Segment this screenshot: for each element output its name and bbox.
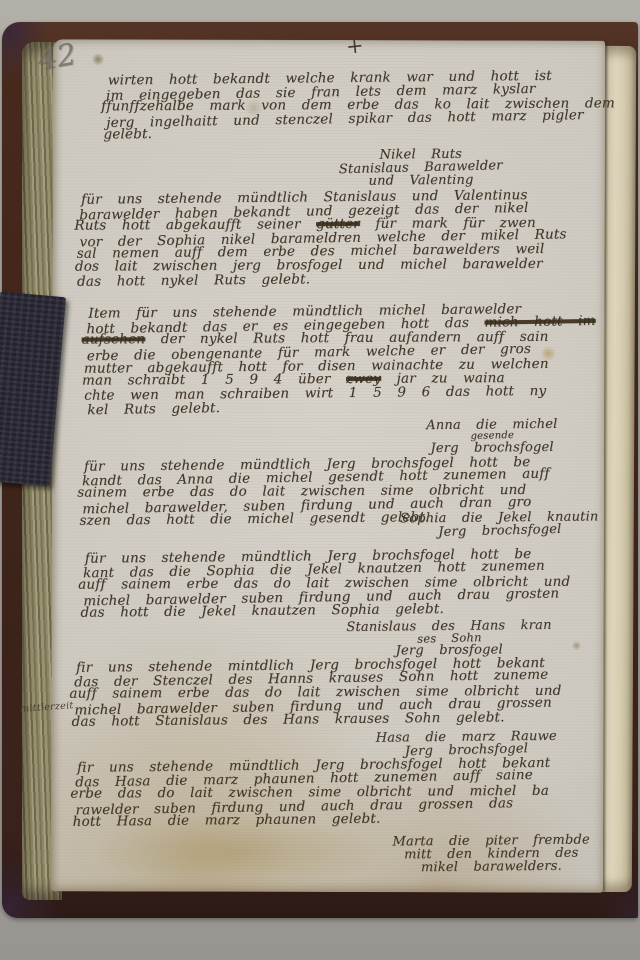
heading-anna-die-michel: Anna die michelgesendeJerg brochsfogel [426,418,558,455]
entry-hasa-die-marz: fir uns stehende mündtlich Jerg brochsfo… [77,756,610,830]
paper-stain [91,53,105,65]
heading-hasa-die-marz: Hasa die marz RauweJerg brochsfogel [376,730,557,758]
heading-nikel-ruts: Nikel RutsStanislaus Barawelderund Valen… [339,147,503,188]
closing-note-marta: Marta die piter frembdemitt den kindern … [392,833,590,874]
manuscript-line: Jerg brochsfogel [426,441,557,455]
manuscript-line: Stanislaus Barawelder [339,159,503,176]
manuscript-line: dos lait zwischen jerg brosfogel und mic… [75,257,602,274]
book-photo: 42 + wirten hott bekandt welche krank wa… [0,0,640,960]
folio-number: 42 [35,37,79,78]
cross-mark: + [345,33,365,59]
entry-marz-pigler: wirten hott bekandt welche krank war und… [108,69,603,142]
heading-sophia-jekel-knautin: Sophia die Jekel knautinJerg brochsfogel [400,510,599,538]
manuscript-text: wirten hott bekandt welche krank war und… [80,69,610,877]
heading-stanislaus-hans-kran: Stanislaus des Hans kranses SohnJerg bro… [346,619,552,658]
entry-nikel-ruts-2: Item für uns stehende mündtlich michel b… [88,302,605,416]
manuscript-line: mikel barawelders. [393,859,591,874]
entry-sophia-jekel-knautin: für uns stehende mündtlich Jerg brochsfo… [85,547,608,620]
entry-stanislaus-hans-kran: fir uns stehende mintdlich Jerg brochsfo… [76,656,609,730]
entry-nikel-ruts-1: für uns stehende mündtlich Stanislaus un… [81,188,604,289]
